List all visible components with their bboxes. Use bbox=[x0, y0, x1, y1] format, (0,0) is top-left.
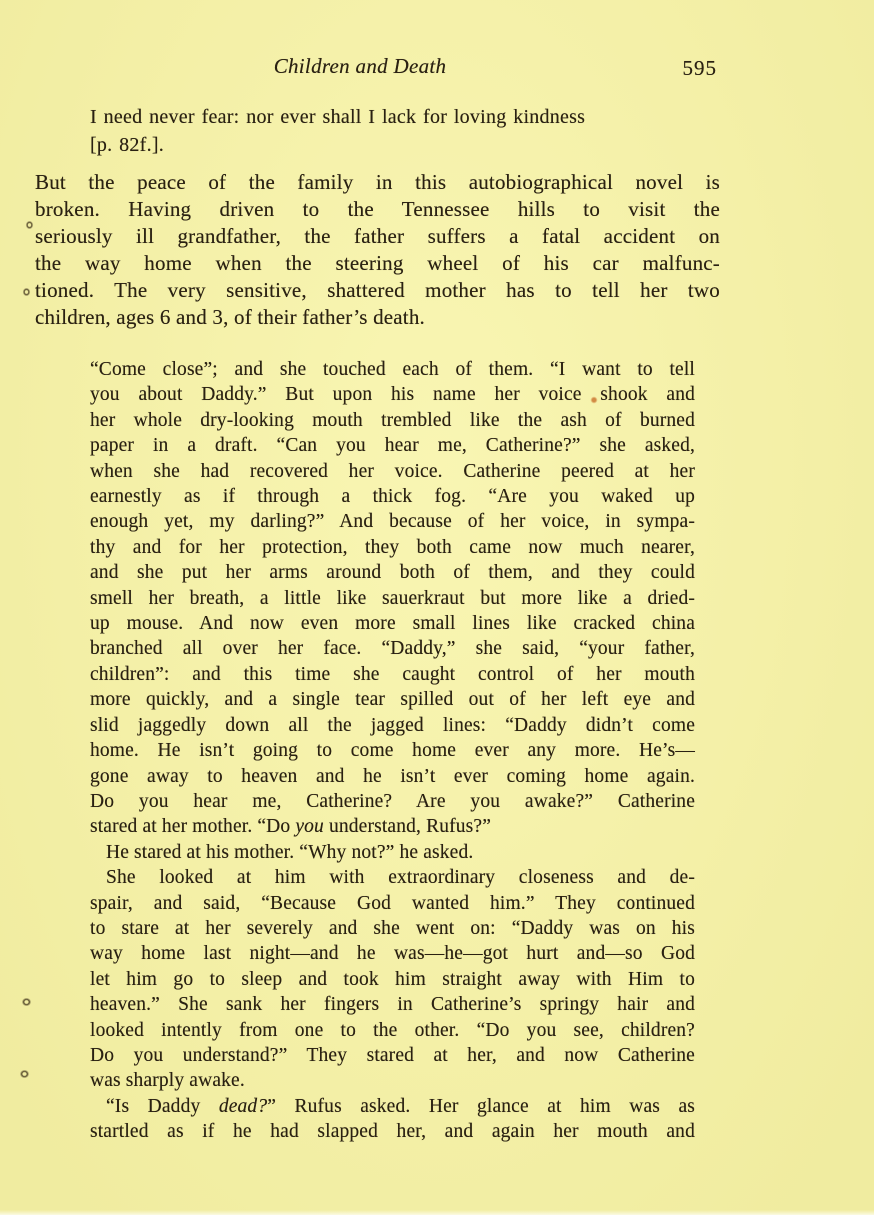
text-line: spair, and said, “Because God wanted him… bbox=[90, 891, 695, 916]
margin-scan-mark bbox=[22, 287, 31, 297]
text-line: the way home when the steering wheel of … bbox=[35, 250, 720, 277]
quote-paragraph-2: He stared at his mother. “Why not?” he a… bbox=[90, 840, 695, 865]
text-line: more quickly, and a single tear spilled … bbox=[90, 687, 695, 712]
text-line: and she put her arms around both of them… bbox=[90, 560, 695, 585]
text-line: children”: and this time she caught cont… bbox=[90, 662, 695, 687]
italic-text: you bbox=[295, 816, 324, 837]
text-line: was sharply awake. bbox=[90, 1068, 695, 1093]
text-line: home. He isn’t going to come home ever a… bbox=[90, 738, 695, 763]
text-line: earnestly as if through a thick fog. “Ar… bbox=[90, 484, 695, 509]
text-line: seriously ill grandfather, the father su… bbox=[35, 223, 720, 250]
text-line: She looked at him with extraordinary clo… bbox=[90, 865, 695, 890]
text-line: thy and for her protection, they both ca… bbox=[90, 535, 695, 560]
text-line: heaven.” She sank her fingers in Catheri… bbox=[90, 992, 695, 1017]
page-number: 595 bbox=[683, 56, 718, 80]
text-line: children, ages 6 and 3, of their father’… bbox=[35, 304, 720, 331]
text-line: looked intently from one to the other. “… bbox=[90, 1018, 695, 1043]
text-line: you about Daddy.” But upon his name her … bbox=[90, 382, 695, 407]
text-line: He stared at his mother. “Why not?” he a… bbox=[90, 840, 695, 865]
text-line: “Come close”; and she touched each of th… bbox=[90, 357, 695, 382]
epigraph-quote: I need never fear: nor ever shall I lack… bbox=[90, 103, 690, 159]
text-line: to stare at her severely and she went on… bbox=[90, 916, 695, 941]
text-line: But the peace of the family in this auto… bbox=[35, 169, 720, 196]
margin-scan-mark bbox=[25, 220, 34, 230]
text-line: I need never fear: nor ever shall I lack… bbox=[90, 103, 690, 131]
text-line: up mouse. And now even more small lines … bbox=[90, 611, 695, 636]
text-line: way home last night—and he was—he—got hu… bbox=[90, 941, 695, 966]
text-line: tioned. The very sensitive, shattered mo… bbox=[35, 277, 720, 304]
text-line: her whole dry-looking mouth trembled lik… bbox=[90, 408, 695, 433]
text-line: broken. Having driven to the Tennessee h… bbox=[35, 196, 720, 223]
text-line: smell her breath, a little like sauerkra… bbox=[90, 586, 695, 611]
text-line: stared at her mother. “Do you understand… bbox=[90, 814, 695, 839]
block-quote: “Come close”; and she touched each of th… bbox=[90, 357, 695, 1145]
text-line: gone away to heaven and he isn’t ever co… bbox=[90, 764, 695, 789]
text-line: branched all over her face. “Daddy,” she… bbox=[90, 636, 695, 661]
book-page: Children and Death 595 I need never fear… bbox=[0, 0, 874, 1215]
text-line: [p. 82f.]. bbox=[90, 131, 690, 159]
margin-scan-mark bbox=[19, 1069, 30, 1079]
body-paragraph: But the peace of the family in this auto… bbox=[35, 169, 720, 331]
text-line: slid jaggedly down all the jagged lines:… bbox=[90, 713, 695, 738]
text-line: “Is Daddy dead?” Rufus asked. Her glance… bbox=[90, 1094, 695, 1119]
text-line: paper in a draft. “Can you hear me, Cath… bbox=[90, 433, 695, 458]
text-line: when she had recovered her voice. Cather… bbox=[90, 459, 695, 484]
ink-speck bbox=[590, 396, 598, 404]
text-line: startled as if he had slapped her, and a… bbox=[90, 1119, 695, 1144]
page-bottom-edge bbox=[0, 1210, 874, 1215]
text-line: Do you understand?” They stared at her, … bbox=[90, 1043, 695, 1068]
text-line: let him go to sleep and took him straigh… bbox=[90, 967, 695, 992]
quote-paragraph-4: “Is Daddy dead?” Rufus asked. Her glance… bbox=[90, 1094, 695, 1145]
quote-paragraph-3: She looked at him with extraordinary clo… bbox=[90, 865, 695, 1094]
margin-scan-mark bbox=[21, 997, 32, 1007]
quote-paragraph-1: “Come close”; and she touched each of th… bbox=[90, 357, 695, 840]
italic-text: dead? bbox=[219, 1096, 267, 1117]
running-header-title: Children and Death bbox=[0, 54, 720, 78]
text-line: enough yet, my darling?” And because of … bbox=[90, 509, 695, 534]
text-line: Do you hear me, Catherine? Are you awake… bbox=[90, 789, 695, 814]
running-header: Children and Death 595 bbox=[0, 54, 720, 82]
